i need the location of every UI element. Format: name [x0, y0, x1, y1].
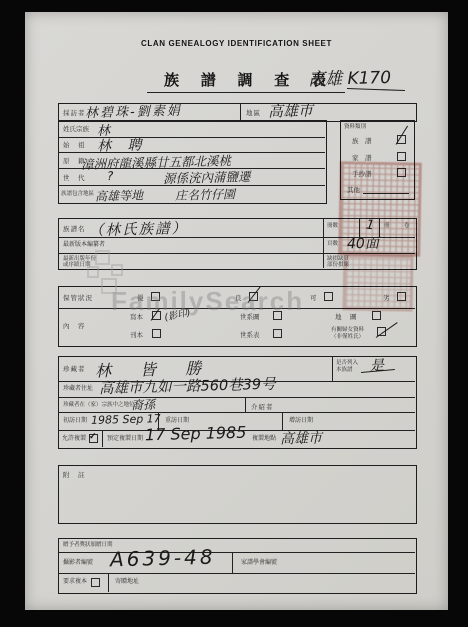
coverage-label: 族譜包含地區 — [61, 191, 94, 198]
surname-label: 姓氏宗族 — [63, 124, 89, 133]
divider-line — [245, 397, 246, 412]
notes-box — [58, 465, 417, 524]
content-manuscript-label: 寫本 — [130, 312, 143, 321]
copy-date-value: 17 Sep 1985 — [145, 423, 247, 445]
listed-label-line2: 本族譜 — [336, 367, 353, 374]
condition-fair-label: 可 — [310, 293, 318, 302]
content-map-checkbox — [372, 311, 381, 320]
red-collection-seal-lower — [343, 254, 414, 311]
divider-line — [332, 356, 333, 381]
keeper-address-label: 珍藏者住址 — [63, 386, 93, 393]
content-map-label: 地 圖 — [335, 312, 358, 321]
condition-excellent-label: 優 — [137, 293, 145, 302]
divider-line — [240, 103, 241, 120]
society-number-label: 家譜學會編號 — [241, 560, 277, 567]
condition-fair-checkbox — [324, 292, 333, 301]
condition-label: 保管狀況 — [63, 293, 93, 302]
region-label: 地區 — [246, 108, 261, 117]
coverage-value: 高雄等地 — [95, 186, 143, 204]
content-table-label: 世系表 — [240, 330, 260, 339]
divider-line — [232, 552, 233, 573]
generation-label: 世 代 — [63, 173, 86, 182]
material-option-zupu-label: 族 譜 — [352, 136, 372, 145]
keeper-position-label: 珍藏者在（家）宗族中之地位 — [63, 402, 135, 409]
divider-line — [323, 218, 324, 268]
award-date-label: 贈予者獎狀頒贈日期 — [63, 542, 113, 549]
watermark-logo-square — [95, 250, 110, 265]
volumes-label: 冊數 — [327, 223, 338, 230]
content-chart-label: 世系圖 — [240, 312, 260, 321]
content-women-label-line2: （非僅姓氏） — [331, 334, 364, 341]
content-women-label-line1: 有關婦女資料 — [331, 327, 364, 334]
photographer-number-label: 攝影者編號 — [63, 560, 93, 567]
material-type-label: 資料類別 — [344, 124, 366, 131]
book-title-value: （林氏族譜） — [89, 217, 189, 241]
content-label: 內 容 — [63, 321, 86, 330]
microfilm-frame: CLAN GENEALOGY IDENTIFICATION SHEET 族 譜 … — [0, 0, 468, 627]
red-collection-seal — [338, 161, 422, 256]
generation-note: 源係㳘內蒲鹽遷 — [163, 167, 251, 187]
checkmark-glyph: ✓ — [89, 431, 97, 442]
listed-value: 是 — [370, 355, 385, 375]
keeper-position-value: 裔孫 — [131, 396, 155, 414]
permit-copy-label: 允許複製 — [62, 436, 86, 443]
first-visit-label: 初訪日期 — [63, 418, 87, 425]
photographer-number-value: A639-48 — [110, 545, 216, 572]
interviewer-label: 採訪者 — [63, 108, 86, 117]
condition-excellent-checkbox — [151, 292, 160, 301]
region-value: 高雄市 — [268, 99, 314, 121]
divider-line — [58, 573, 415, 574]
introducer-label: 介紹者 — [251, 402, 274, 411]
additional-visit-label: 增訪日期 — [289, 418, 313, 425]
mailing-address-label: 寄贈地址 — [115, 579, 139, 586]
coverage-note: 庄名竹仔園 — [175, 185, 235, 204]
divider-line — [108, 573, 109, 592]
listed-label-line1: 是否列入 — [336, 360, 358, 367]
handwritten-archive-number: 高雄 K170 — [308, 63, 392, 90]
divider-line — [282, 412, 283, 430]
book-title-label: 族譜名 — [63, 224, 86, 233]
divider-line — [102, 430, 103, 447]
content-print-label: 刊本 — [130, 330, 143, 339]
content-print-checkbox — [152, 329, 161, 338]
watermark-logo-square — [101, 278, 117, 294]
copy-place-label: 複製地點 — [252, 436, 276, 443]
pages-label: 頁數 — [327, 241, 338, 248]
copy-request-checkbox — [91, 578, 100, 587]
notes-label: 附 註 — [63, 470, 86, 479]
watermark-logo-square — [87, 266, 99, 278]
genealogy-sheet-page: CLAN GENEALOGY IDENTIFICATION SHEET 族 譜 … — [25, 12, 448, 610]
condition-good-label: 良 — [235, 293, 243, 302]
founder-label: 始 祖 — [63, 140, 86, 149]
interviewer-value: 林碧珠-劉素娟 — [85, 100, 182, 122]
copy-request-label: 要求複本 — [63, 579, 87, 586]
watermark-logo-square — [111, 264, 123, 276]
keeper-name-label: 珍藏者 — [63, 364, 86, 373]
copy-date-label: 預定複製日期 — [107, 436, 143, 443]
generation-value: ? — [107, 169, 114, 183]
content-chart-checkbox — [273, 311, 282, 320]
material-option-jiapu-checkbox — [397, 152, 406, 161]
content-table-checkbox — [273, 329, 282, 338]
copy-place-value: 高雄市 — [280, 427, 323, 448]
english-title: CLAN GENEALOGY IDENTIFICATION SHEET — [25, 39, 448, 48]
editor-label: 最新版本編纂者 — [63, 242, 105, 249]
title-underline — [147, 92, 345, 93]
